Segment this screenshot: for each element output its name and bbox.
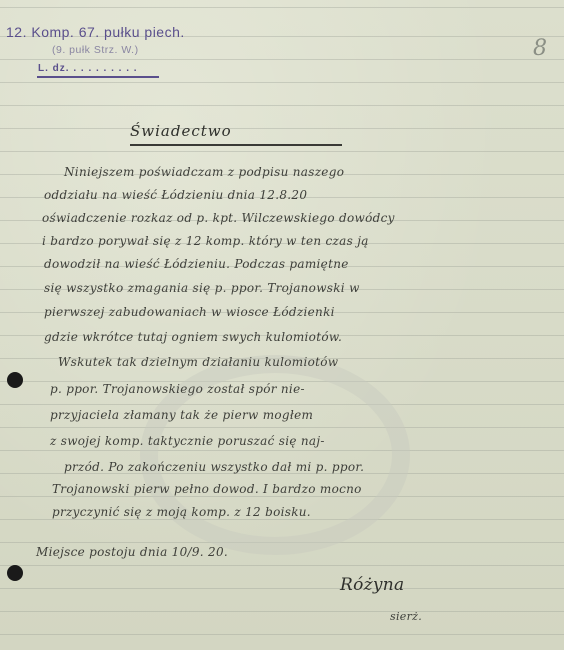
signature-rank: sierż. [390,610,422,623]
signature-name: Różyna [340,575,404,595]
body-line: oddziału na wieść Łódzieniu dnia 12.8.20 [44,188,307,202]
document-title: Świadectwo [130,122,232,140]
date-line: Miejsce postoju dnia 10/9. 20. [36,545,228,559]
hole-punch [7,372,23,388]
body-line: z swojej komp. taktycznie poruszać się n… [50,434,325,448]
body-line: dowodził na wieść Łódzieniu. Podczas pam… [44,257,349,271]
hole-punch [7,565,23,581]
body-line: p. ppor. Trojanowskiego został spór nie- [50,382,305,396]
body-line: gdzie wkrótce tutaj ogniem swych kulomio… [44,330,342,344]
body-line: się wszystko zmagania się p. ppor. Troja… [44,281,360,295]
page-number: 8 [533,36,547,61]
body-line: przyjaciela złamany tak że pierw mogłem [50,408,313,422]
unit-stamp-line2: (9. pułk Strz. W.) [52,44,139,56]
body-line: i bardzo porywał się z 12 komp. który w … [42,234,369,248]
title-underline [130,144,342,146]
body-line: przód. Po zakończeniu wszystko dał mi p.… [64,460,364,474]
body-line: oświadczenie rozkaz od p. kpt. Wilczewsk… [42,211,395,225]
journal-number-stamp: L. dz. . . . . . . . . . [38,63,138,74]
body-line: Niniejszem poświadczam z podpisu naszego [64,165,344,179]
body-line: Trojanowski pierw pełno dowod. I bardzo … [52,482,362,496]
unit-stamp-line1: 12. Komp. 67. pułku piech. [6,24,185,40]
body-line: pierwszej zabudowaniach w wiosce Łódzien… [44,305,335,319]
body-line: przyczynić się z moją komp. z 12 boisku. [52,505,311,519]
document-page: 12. Komp. 67. pułku piech. (9. pułk Strz… [0,0,564,650]
body-line: Wskutek tak dzielnym działaniu kulomiotó… [58,355,338,369]
stamp-underline [37,76,159,78]
